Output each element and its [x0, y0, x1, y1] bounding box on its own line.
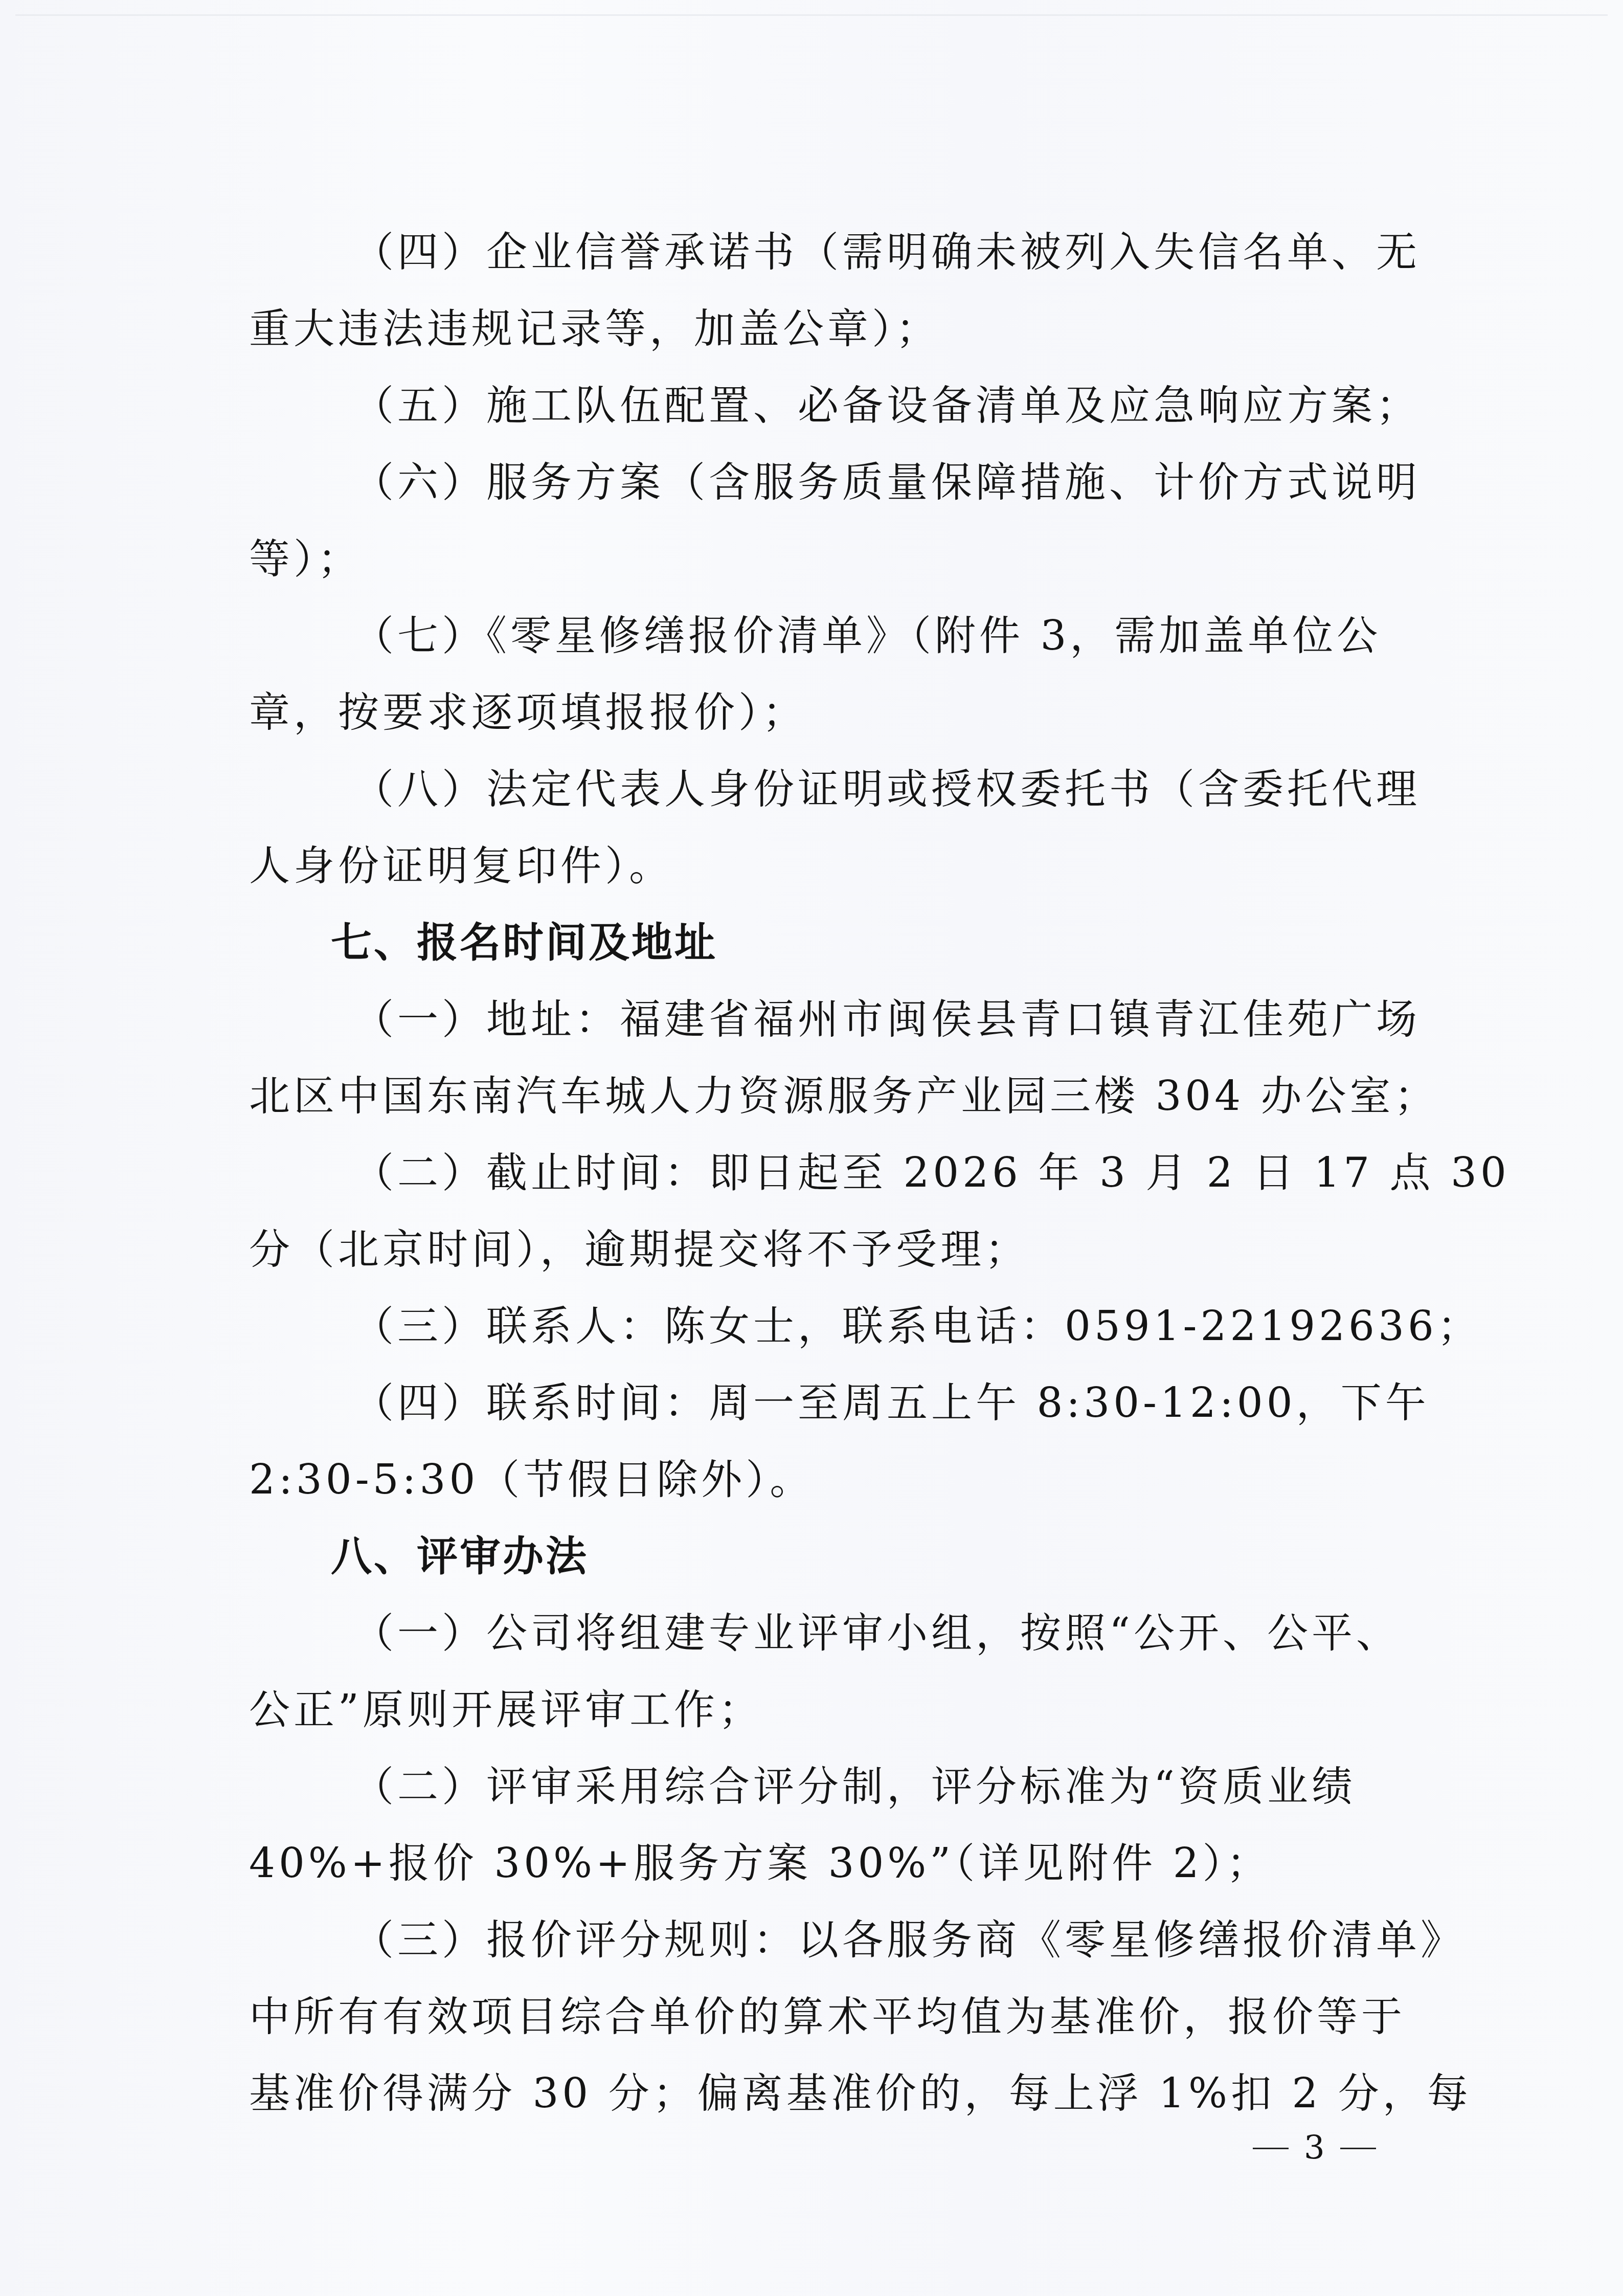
registration-contact-hours-continued: 2:30-5:30（节假日除外）。	[249, 1441, 1389, 1518]
section-heading-evaluation: 八、评审办法	[249, 1518, 1389, 1595]
page-number: 3	[1253, 2128, 1376, 2169]
list-item-4-continued: 重大违法违规记录等，加盖公章）；	[249, 291, 1389, 367]
evaluation-item-3-continued: 中所有有效项目综合单价的算术平均值为基准价，报价等于	[249, 1978, 1389, 2055]
list-item-6-continued: 等）；	[249, 521, 1389, 597]
list-item-5-team-equipment: （五）施工队伍配置、必备设备清单及应急响应方案；	[249, 367, 1389, 444]
registration-deadline: （二）截止时间：即日起至 2026 年 3 月 2 日 17 点 30	[249, 1134, 1389, 1211]
list-item-7-quote-list: （七）《零星修缮报价清单》（附件 3，需加盖单位公	[249, 597, 1389, 674]
registration-contact-hours: （四）联系时间：周一至周五上午 8:30-12:00，下午	[249, 1365, 1389, 1441]
evaluation-item-1-continued: 公正”原则开展评审工作；	[249, 1671, 1389, 1748]
page-number-dash-right	[1340, 2148, 1376, 2149]
scan-artifact-line	[15, 14, 1608, 16]
evaluation-item-3-continued-2: 基准价得满分 30 分；偏离基准价的，每上浮 1%扣 2 分，每	[249, 2055, 1389, 2132]
list-item-8-legal-rep: （八）法定代表人身份证明或授权委托书（含委托代理	[249, 751, 1389, 828]
registration-contact: （三）联系人：陈女士，联系电话：0591-22192636；	[249, 1288, 1389, 1365]
document-page: （四）企业信誉承诺书（需明确未被列入失信名单、无 重大违法违规记录等，加盖公章）…	[0, 0, 1623, 2296]
list-item-8-continued: 人身份证明复印件）。	[249, 828, 1389, 904]
evaluation-item-2: （二）评审采用综合评分制，评分标准为“资质业绩	[249, 1748, 1389, 1825]
page-number-dash-left	[1253, 2148, 1289, 2149]
registration-address-continued: 北区中国东南汽车城人力资源服务产业园三楼 304 办公室；	[249, 1058, 1389, 1134]
page-number-value: 3	[1304, 2128, 1325, 2169]
registration-address: （一）地址：福建省福州市闽侯县青口镇青江佳苑广场	[249, 981, 1389, 1058]
list-item-7-continued: 章，按要求逐项填报报价）；	[249, 674, 1389, 751]
evaluation-item-3: （三）报价评分规则：以各服务商《零星修缮报价清单》	[249, 1902, 1389, 1978]
list-item-6-service-plan: （六）服务方案（含服务质量保障措施、计价方式说明	[249, 444, 1389, 521]
evaluation-item-1: （一）公司将组建专业评审小组，按照“公开、公平、	[249, 1595, 1389, 1671]
evaluation-item-2-continued: 40%+报价 30%+服务方案 30%”（详见附件 2）；	[249, 1825, 1389, 1902]
registration-deadline-continued: 分（北京时间），逾期提交将不予受理；	[249, 1211, 1389, 1288]
document-body: （四）企业信誉承诺书（需明确未被列入失信名单、无 重大违法违规记录等，加盖公章）…	[249, 214, 1389, 2132]
section-heading-registration: 七、报名时间及地址	[249, 904, 1389, 981]
list-item-4-credit-pledge: （四）企业信誉承诺书（需明确未被列入失信名单、无	[249, 214, 1389, 291]
